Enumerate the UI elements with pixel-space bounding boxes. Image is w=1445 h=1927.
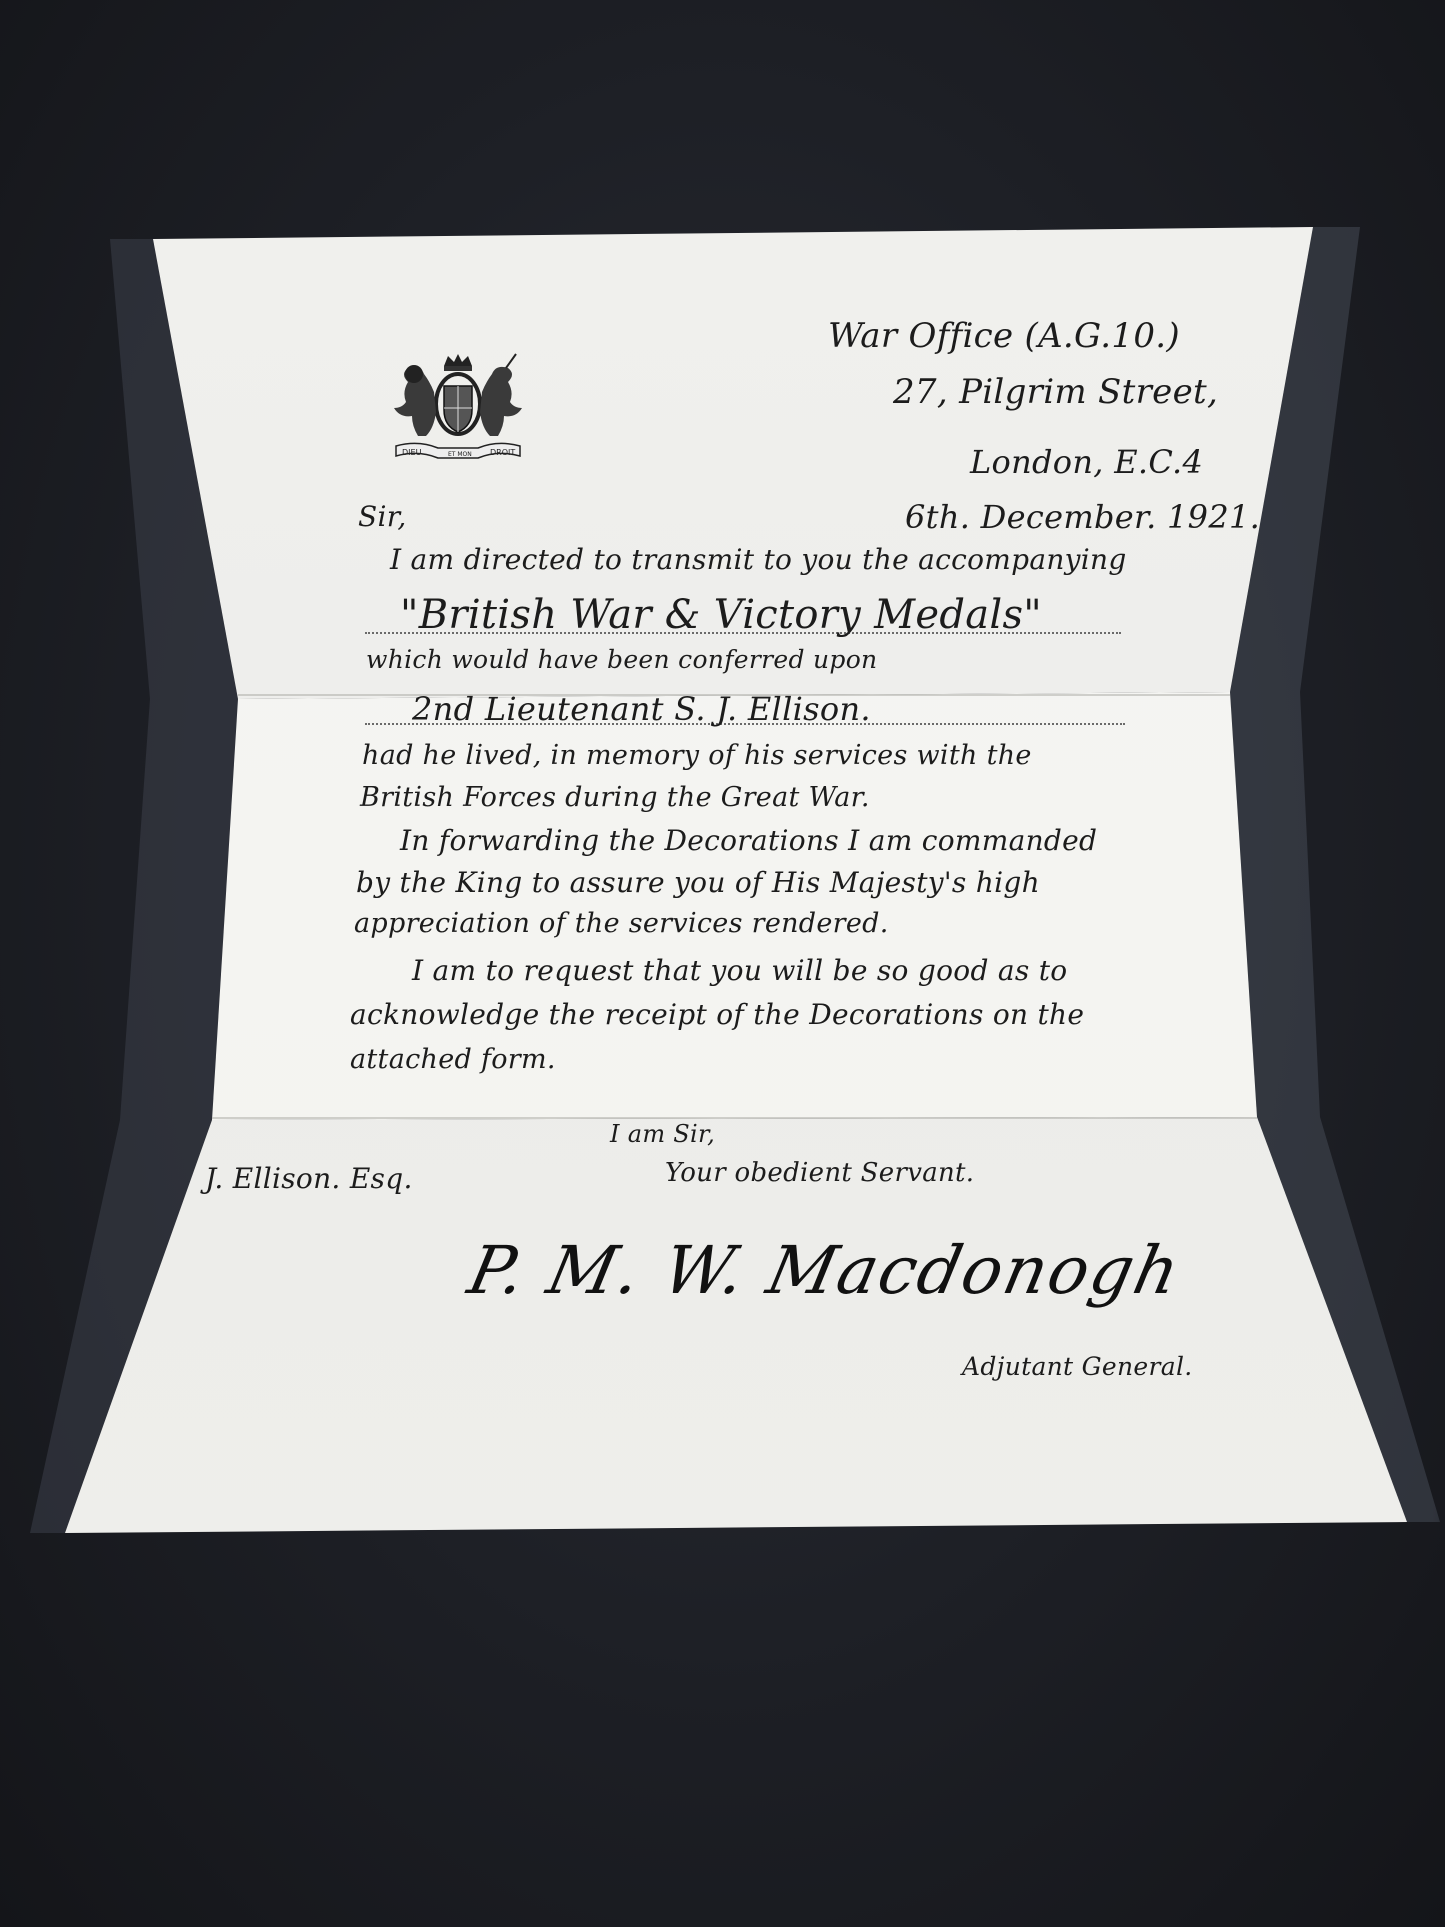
closing-line-2: Your obedient Servant. (665, 1158, 974, 1188)
body-line-11: acknowledge the receipt of the Decoratio… (350, 998, 1084, 1031)
recipient-field-value: 2nd Lieutenant S. J. Ellison. (412, 690, 871, 728)
body-line-8: by the King to assure you of His Majesty… (356, 866, 1040, 899)
body-line-12: attached form. (350, 1044, 556, 1075)
letterhead-office: War Office (A.G.10.) (828, 316, 1180, 356)
body-line-6: British Forces during the Great War. (360, 782, 870, 813)
svg-text:DROIT: DROIT (490, 448, 515, 457)
royal-coat-of-arms-icon: DIEU ET MON DROIT (378, 352, 538, 472)
body-line-7: In forwarding the Decorations I am comma… (400, 824, 1097, 857)
letterhead-city: London, E.C.4 (970, 443, 1203, 481)
body-line-1: I am directed to transmit to you the acc… (390, 543, 1127, 576)
body-line-5: had he lived, in memory of his services … (362, 740, 1032, 771)
letter-date: 6th. December. 1921. (905, 498, 1260, 536)
closing-line-1: I am Sir, (610, 1120, 715, 1148)
signature: P. M. W. Macdonogh (462, 1232, 1188, 1309)
salutation: Sir, (358, 500, 407, 533)
motto-left: DIEU (402, 448, 422, 457)
signatory-title: Adjutant General. (962, 1352, 1193, 1381)
body-line-9: appreciation of the services rendered. (354, 908, 889, 939)
body-line-10: I am to request that you will be so good… (412, 954, 1067, 987)
addressee: J. Ellison. Esq. (205, 1162, 413, 1195)
medals-field-value: "British War & Victory Medals" (400, 592, 1042, 638)
letterhead-street: 27, Pilgrim Street, (893, 372, 1218, 412)
svg-text:ET MON: ET MON (448, 451, 472, 458)
fold-crease-lower (212, 1117, 1257, 1119)
body-line-3: which would have been conferred upon (366, 645, 877, 674)
